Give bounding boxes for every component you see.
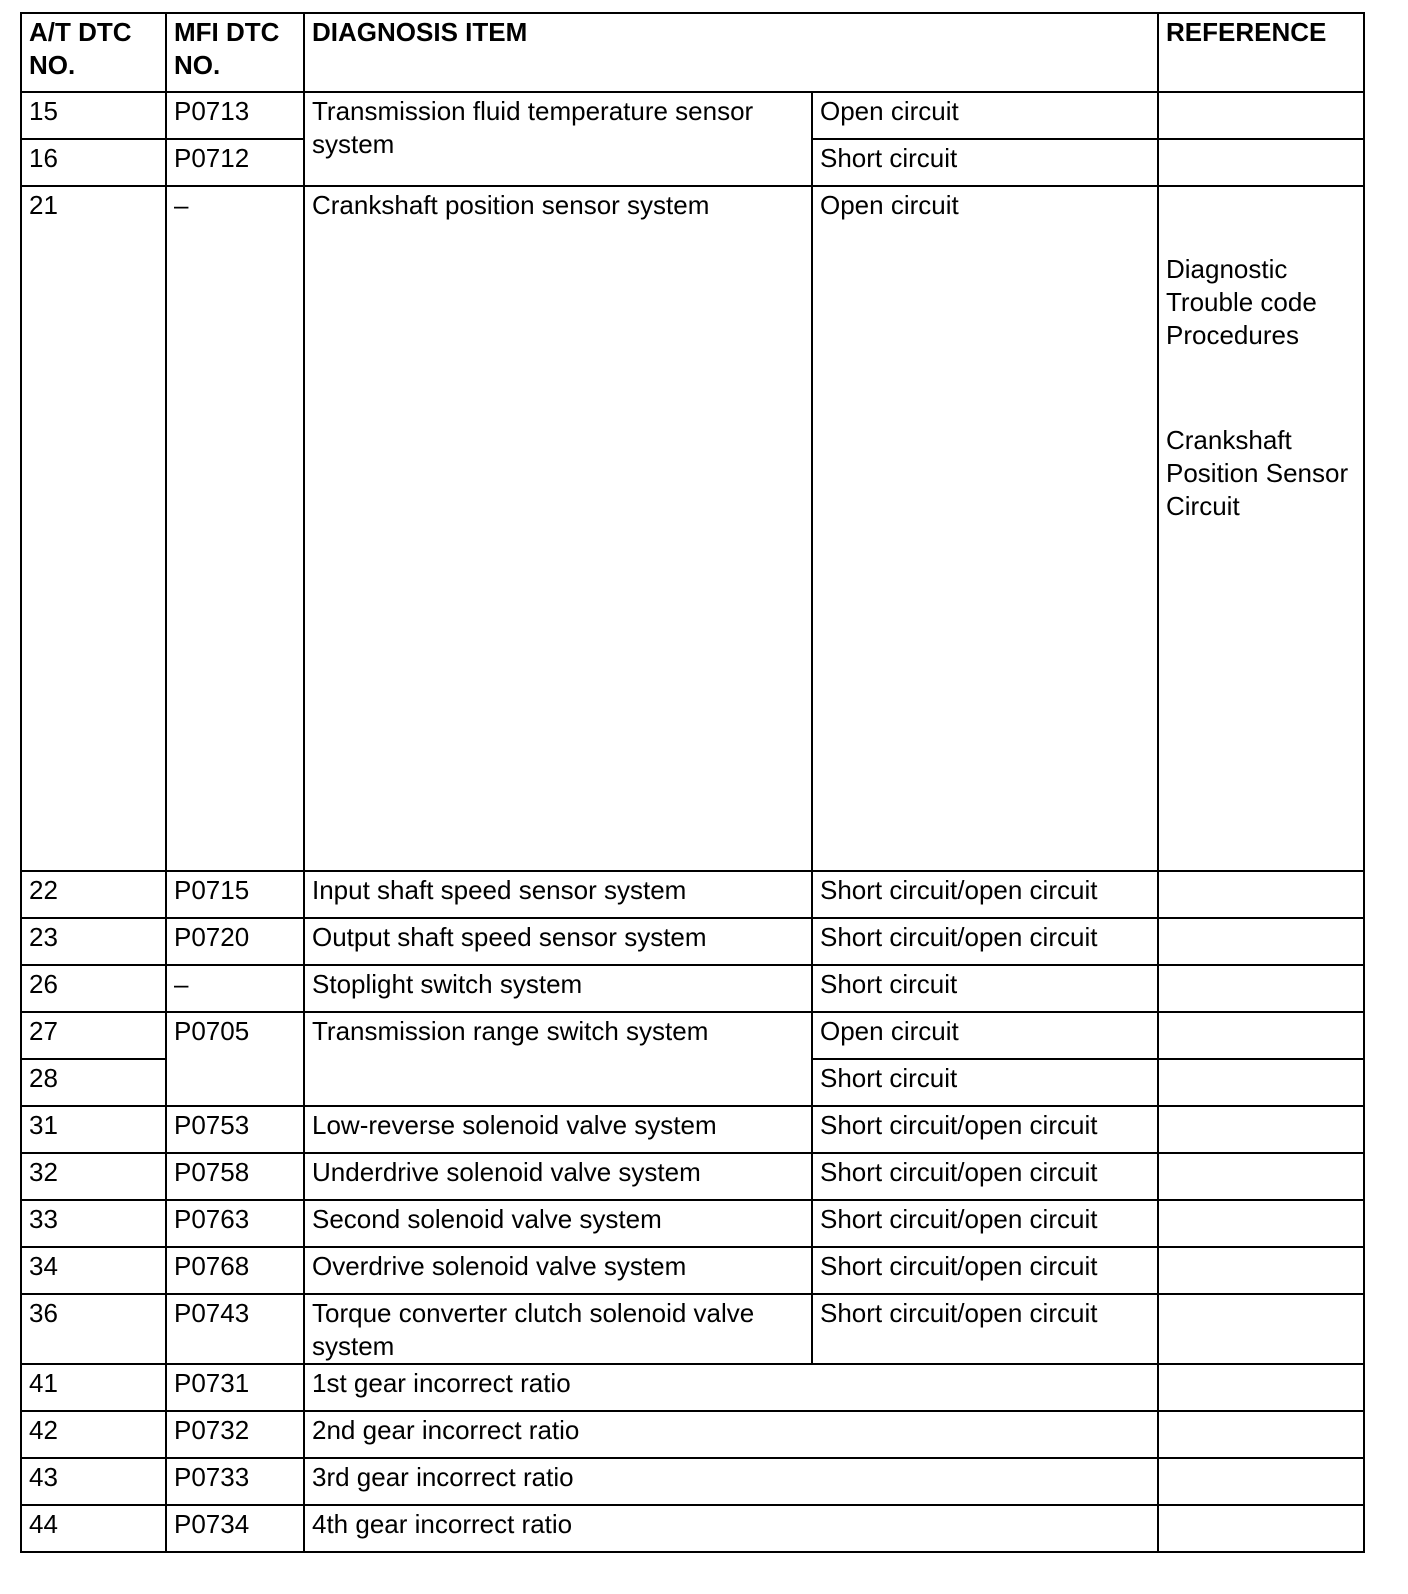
at-dtc-cell: 21 (21, 186, 166, 871)
cause-cell: Short circuit/open circuit (812, 1294, 1158, 1364)
mfi-dtc-cell: P0712 (166, 139, 304, 186)
table-row: 33 P0763 Second solenoid valve system Sh… (21, 1200, 1364, 1247)
mfi-dtc-cell: P0734 (166, 1505, 304, 1552)
table-row: 27 P0705 Transmission range switch syste… (21, 1012, 1364, 1059)
reference-cell: Diagnostic Trouble code Procedures Crank… (1158, 186, 1364, 871)
mfi-dtc-cell: – (166, 965, 304, 1012)
header-diagnosis-item: DIAGNOSIS ITEM (304, 13, 1158, 92)
at-dtc-cell: 16 (21, 139, 166, 186)
mfi-dtc-cell: P0720 (166, 918, 304, 965)
cause-cell: Open circuit (812, 186, 1158, 871)
mfi-dtc-cell: – (166, 186, 304, 871)
diagnosis-item-cell: Low-reverse solenoid valve system (304, 1106, 812, 1153)
cause-cell: Short circuit/open circuit (812, 1200, 1158, 1247)
reference-cell (1158, 1247, 1364, 1294)
reference-cell (1158, 1059, 1364, 1106)
mfi-dtc-cell: P0733 (166, 1458, 304, 1505)
at-dtc-cell: 15 (21, 92, 166, 139)
at-dtc-cell: 34 (21, 1247, 166, 1294)
reference-cell (1158, 1364, 1364, 1411)
mfi-dtc-cell: P0731 (166, 1364, 304, 1411)
at-dtc-cell: 23 (21, 918, 166, 965)
at-dtc-cell: 44 (21, 1505, 166, 1552)
reference-cell (1158, 1505, 1364, 1552)
cause-cell: Short circuit (812, 965, 1158, 1012)
table-row: 22 P0715 Input shaft speed sensor system… (21, 871, 1364, 918)
table-row: 41 P0731 1st gear incorrect ratio (21, 1364, 1364, 1411)
at-dtc-cell: 26 (21, 965, 166, 1012)
at-dtc-cell: 32 (21, 1153, 166, 1200)
diagnosis-item-cell: Second solenoid valve system (304, 1200, 812, 1247)
reference-cell (1158, 965, 1364, 1012)
table-row: 23 P0720 Output shaft speed sensor syste… (21, 918, 1364, 965)
at-dtc-cell: 31 (21, 1106, 166, 1153)
at-dtc-cell: 36 (21, 1294, 166, 1364)
mfi-dtc-cell: P0753 (166, 1106, 304, 1153)
cause-cell: Open circuit (812, 92, 1158, 139)
reference-cell (1158, 1294, 1364, 1364)
diagnosis-item-cell: 1st gear incorrect ratio (304, 1364, 1158, 1411)
mfi-dtc-cell: P0715 (166, 871, 304, 918)
at-dtc-cell: 33 (21, 1200, 166, 1247)
at-dtc-cell: 42 (21, 1411, 166, 1458)
header-mfi-dtc: MFI DTC NO. (166, 13, 304, 92)
cause-cell: Short circuit (812, 1059, 1158, 1106)
table-row: 26 – Stoplight switch system Short circu… (21, 965, 1364, 1012)
diagnosis-item-cell: Underdrive solenoid valve system (304, 1153, 812, 1200)
diagnosis-item-cell: Transmission range switch system (304, 1012, 812, 1106)
header-row: A/T DTC NO. MFI DTC NO. DIAGNOSIS ITEM R… (21, 13, 1364, 92)
table-row: 32 P0758 Underdrive solenoid valve syste… (21, 1153, 1364, 1200)
diagnosis-item-cell: 3rd gear incorrect ratio (304, 1458, 1158, 1505)
mfi-dtc-cell: P0763 (166, 1200, 304, 1247)
diagnosis-item-cell: Overdrive solenoid valve system (304, 1247, 812, 1294)
cause-cell: Short circuit/open circuit (812, 1247, 1158, 1294)
diagnosis-item-cell: Input shaft speed sensor system (304, 871, 812, 918)
reference-cell (1158, 1012, 1364, 1059)
table-row: 44 P0734 4th gear incorrect ratio (21, 1505, 1364, 1552)
header-reference: REFERENCE (1158, 13, 1364, 92)
diagnosis-item-cell: 2nd gear incorrect ratio (304, 1411, 1158, 1458)
diagnosis-item-cell: Torque converter clutch solenoid valve s… (304, 1294, 812, 1364)
mfi-dtc-cell: P0758 (166, 1153, 304, 1200)
reference-cell (1158, 139, 1364, 186)
cause-cell: Short circuit/open circuit (812, 1153, 1158, 1200)
mfi-dtc-cell: P0768 (166, 1247, 304, 1294)
table-row: 34 P0768 Overdrive solenoid valve system… (21, 1247, 1364, 1294)
reference-cell (1158, 1106, 1364, 1153)
cause-cell: Short circuit (812, 139, 1158, 186)
cause-cell: Short circuit/open circuit (812, 1106, 1158, 1153)
diagnosis-item-cell: Stoplight switch system (304, 965, 812, 1012)
reference-cell (1158, 92, 1364, 139)
mfi-dtc-cell: P0732 (166, 1411, 304, 1458)
reference-cell (1158, 1458, 1364, 1505)
diagnosis-item-cell: Crankshaft position sensor system (304, 186, 812, 871)
table-row: 15 P0713 Transmission fluid temperature … (21, 92, 1364, 139)
diagnosis-item-cell: Transmission fluid temperature sensor sy… (304, 92, 812, 186)
reference-cell (1158, 871, 1364, 918)
reference-link-dtc-procedures[interactable]: Diagnostic Trouble code Procedures (1166, 253, 1355, 352)
mfi-dtc-cell: P0713 (166, 92, 304, 139)
cause-cell: Open circuit (812, 1012, 1158, 1059)
diagnosis-item-cell: Output shaft speed sensor system (304, 918, 812, 965)
table-row: 21 – Crankshaft position sensor system O… (21, 186, 1364, 871)
reference-cell (1158, 1153, 1364, 1200)
diagnosis-item-cell: 4th gear incorrect ratio (304, 1505, 1158, 1552)
at-dtc-cell: 43 (21, 1458, 166, 1505)
reference-cell (1158, 1200, 1364, 1247)
header-at-dtc: A/T DTC NO. (21, 13, 166, 92)
dtc-table: A/T DTC NO. MFI DTC NO. DIAGNOSIS ITEM R… (20, 12, 1365, 1553)
table-row: 36 P0743 Torque converter clutch solenoi… (21, 1294, 1364, 1364)
mfi-dtc-cell: P0743 (166, 1294, 304, 1364)
mfi-dtc-cell: P0705 (166, 1012, 304, 1106)
at-dtc-cell: 41 (21, 1364, 166, 1411)
table-row: 31 P0753 Low-reverse solenoid valve syst… (21, 1106, 1364, 1153)
reference-link-crankshaft-circuit[interactable]: Crankshaft Position Sensor Circuit (1166, 424, 1355, 523)
at-dtc-cell: 28 (21, 1059, 166, 1106)
reference-cell (1158, 1411, 1364, 1458)
at-dtc-cell: 22 (21, 871, 166, 918)
table-row: 42 P0732 2nd gear incorrect ratio (21, 1411, 1364, 1458)
reference-cell (1158, 918, 1364, 965)
at-dtc-cell: 27 (21, 1012, 166, 1059)
cause-cell: Short circuit/open circuit (812, 918, 1158, 965)
table-row: 43 P0733 3rd gear incorrect ratio (21, 1458, 1364, 1505)
cause-cell: Short circuit/open circuit (812, 871, 1158, 918)
